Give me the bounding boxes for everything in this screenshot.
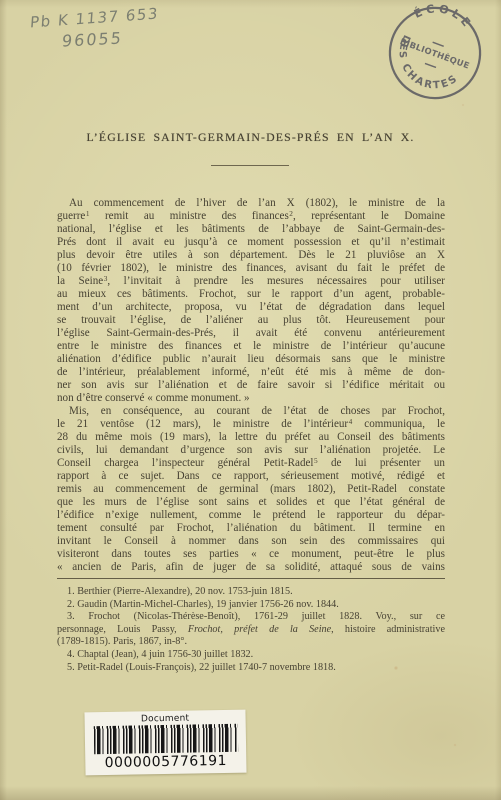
text-line: 3. Frochot (Nicolas-Thérèse-Benoît), 176… — [57, 611, 445, 624]
footnote-divider — [57, 578, 445, 579]
text-line: rapport à ce sujet. Dans ce rapport, sér… — [57, 470, 445, 483]
text-line: le 21 ventôse (12 mars), le ministre de … — [57, 418, 445, 431]
scanned-page: Pb K 1137 653 96055 ÉCOLE DES CHARTES BI… — [0, 0, 501, 800]
footnote-ref: 2 — [289, 210, 293, 218]
text-line: 1. Berthier (Pierre-Alexandre), 20 nov. … — [57, 586, 445, 599]
stamp-dash-top — [433, 42, 444, 46]
text-run: (1789-1815). Paris, 1867, in-8°. — [57, 636, 187, 647]
text-line: Mis, en conséquence, au courant de l’éta… — [57, 405, 445, 418]
text-run: ment d’un architecte, proposa, vu l’état… — [57, 301, 445, 313]
text-run: remit au ministre des finances — [90, 210, 289, 222]
page-title: L’ÉGLISE SAINT-GERMAIN-DES-PRÉS EN L’AN … — [0, 130, 501, 145]
text-run: 28 du même mois (19 mars), la lettre du … — [57, 431, 445, 443]
text-line: ner son avis sur l’aliénation et de fair… — [57, 379, 445, 392]
text-run: de l’intérieur, préalablement informé, n… — [57, 366, 445, 378]
text-line: l’église Saint-Germain-des-Prés, il avai… — [57, 327, 445, 340]
text-line: remis au commencement de germinal (mars … — [57, 483, 445, 496]
text-run: le 21 ventôse (12 mars), le ministre de … — [57, 418, 348, 430]
text-line: ment d’un architecte, proposa, vu l’état… — [57, 301, 445, 314]
text-run: entre le ministre des finances et le min… — [57, 340, 445, 352]
text-line: la Seine3, l’invitait à prendre les mesu… — [57, 275, 445, 288]
footnote-ref: 1 — [86, 210, 90, 218]
text-run: , l’invitait à prendre les mesures néces… — [107, 275, 445, 287]
text-run: rapport à ce sujet. Dans ce rapport, sér… — [57, 470, 445, 482]
svg-text:ÉCOLE: ÉCOLE — [410, 0, 478, 34]
text-run: visiteront dans toutes ses parties « ce … — [57, 548, 445, 560]
text-run: personnage, Louis Passy, — [57, 624, 188, 635]
text-run: 2. Gaudin (Martin-Michel-Charles), 19 ja… — [67, 599, 339, 610]
text-run: non d’être conservé « comme monument. » — [57, 392, 250, 404]
text-run: au mieux ces bâtiments. Frochot, sur le … — [57, 288, 445, 300]
text-run: guerre — [57, 210, 85, 222]
text-line: (1789-1815). Paris, 1867, in-8°. — [57, 636, 445, 649]
text-run: plus devoir être utiles à son départemen… — [57, 249, 445, 261]
footnote-ref: 5 — [314, 457, 318, 465]
stamp-dash-bottom — [425, 63, 436, 67]
text-run: que les murs de l’église sont sains et s… — [57, 496, 445, 508]
text-run: de lui présenter un — [318, 457, 445, 469]
barcode-label: Document 0000005776191 — [84, 710, 246, 776]
paragraph: Au commencement de l’hiver de l’an X (18… — [57, 197, 445, 405]
text-line: civils, lui demandant d’urgence son avis… — [57, 444, 445, 457]
text-run: 1. Berthier (Pierre-Alexandre), 20 nov. … — [67, 586, 293, 597]
text-run: aliénation d’édifice public n’aurait lie… — [57, 353, 445, 365]
text-run: l’édifice n’exige nullement, comme le pr… — [57, 509, 445, 521]
text-run: Prés dont il avait eu jusqu’à ce moment … — [57, 236, 445, 248]
title-divider — [211, 165, 289, 166]
footnote-ref: 3 — [104, 275, 108, 283]
call-number-line2: 96055 — [61, 28, 123, 50]
text-run: tement consulté par Frochot, l’aliénatio… — [57, 522, 445, 534]
text-line: plus devoir être utiles à son départemen… — [57, 249, 445, 262]
text-run: (10 février 1802), le ministre des finan… — [57, 262, 445, 274]
text-line: l’édifice n’exige nullement, comme le pr… — [57, 509, 445, 522]
barcode-stripes-icon — [93, 724, 237, 755]
text-run: civils, lui demandant d’urgence son avis… — [57, 444, 445, 456]
text-line: entre le ministre des finances et le min… — [57, 340, 445, 353]
text-line: Conseil chargea l’inspecteur général Pet… — [57, 457, 445, 470]
text-line: tement consulté par Frochot, l’aliénatio… — [57, 522, 445, 535]
footnote-ref: 4 — [349, 418, 353, 426]
text-run: Conseil chargea l’inspecteur général Pet… — [57, 457, 314, 469]
text-run: ner son avis sur l’aliénation et de fair… — [57, 379, 445, 391]
text-line: invitant le Conseil à nommer dans son se… — [57, 535, 445, 548]
text-run: 5. Petit-Radel (Louis-François), 22 juil… — [67, 662, 336, 673]
text-line: 5. Petit-Radel (Louis-François), 22 juil… — [57, 662, 445, 675]
footnotes: 1. Berthier (Pierre-Alexandre), 20 nov. … — [57, 586, 445, 674]
text-run: communiqua, le — [352, 418, 445, 430]
text-line: personnage, Louis Passy, Frochot, préfet… — [57, 624, 445, 637]
text-run: remis au commencement de germinal (mars … — [57, 483, 445, 495]
text-line: non d’être conservé « comme monument. » — [57, 392, 445, 405]
text-line: que les murs de l’église sont sains et s… — [57, 496, 445, 509]
text-line: 4. Chaptal (Jean), 4 juin 1756-30 juille… — [57, 649, 445, 662]
call-number-line1: Pb K 1137 653 — [30, 4, 160, 31]
text-run: Au commencement de l’hiver de l’an X (18… — [69, 197, 445, 209]
text-run: , représentant le Domaine — [293, 210, 445, 222]
text-line: de l’intérieur, préalablement informé, n… — [57, 366, 445, 379]
text-run: , histoire administrative — [331, 624, 445, 635]
text-line: aliénation d’édifice public n’aurait lie… — [57, 353, 445, 366]
text-line: Prés dont il avait eu jusqu’à ce moment … — [57, 236, 445, 249]
text-line: au mieux ces bâtiments. Frochot, sur le … — [57, 288, 445, 301]
text-line: visiteront dans toutes ses parties « ce … — [57, 548, 445, 561]
text-run: Frochot, préfet de la Seine — [188, 624, 331, 635]
library-stamp-icon: ÉCOLE DES CHARTES BIBLIOTHÈQUE — [376, 0, 494, 112]
text-line: (10 février 1802), le ministre des finan… — [57, 262, 445, 275]
text-line: national, l’église et les bâtiments de l… — [57, 223, 445, 236]
text-run: invitant le Conseil à nommer dans son se… — [57, 535, 445, 547]
stamp-text-top: ÉCOLE — [410, 0, 478, 34]
text-run: la Seine — [57, 275, 103, 287]
text-run: 3. Frochot (Nicolas-Thérèse-Benoît), 176… — [67, 611, 445, 622]
text-line: guerre1 remit au ministre des finances2,… — [57, 210, 445, 223]
paragraph: Mis, en conséquence, au courant de l’éta… — [57, 405, 445, 574]
text-line: 2. Gaudin (Martin-Michel-Charles), 19 ja… — [57, 599, 445, 612]
text-line: « ancien de Paris, afin de juger de sa s… — [57, 561, 445, 574]
text-line: se trouvait l’église, de l’aliéner au pl… — [57, 314, 445, 327]
text-line: Au commencement de l’hiver de l’an X (18… — [57, 197, 445, 210]
text-run: 4. Chaptal (Jean), 4 juin 1756-30 juille… — [67, 649, 253, 660]
barcode-number: 0000005776191 — [85, 753, 246, 772]
text-run: l’église Saint-Germain-des-Prés, il avai… — [57, 327, 445, 339]
text-run: « ancien de Paris, afin de juger de sa s… — [57, 561, 445, 573]
text-run: national, l’église et les bâtiments de l… — [57, 223, 445, 235]
text-line: 28 du même mois (19 mars), la lettre du … — [57, 431, 445, 444]
text-run: Mis, en conséquence, au courant de l’éta… — [69, 405, 445, 417]
text-run: se trouvait l’église, de l’aliéner au pl… — [57, 314, 445, 326]
article-body: Au commencement de l’hiver de l’an X (18… — [57, 197, 445, 574]
